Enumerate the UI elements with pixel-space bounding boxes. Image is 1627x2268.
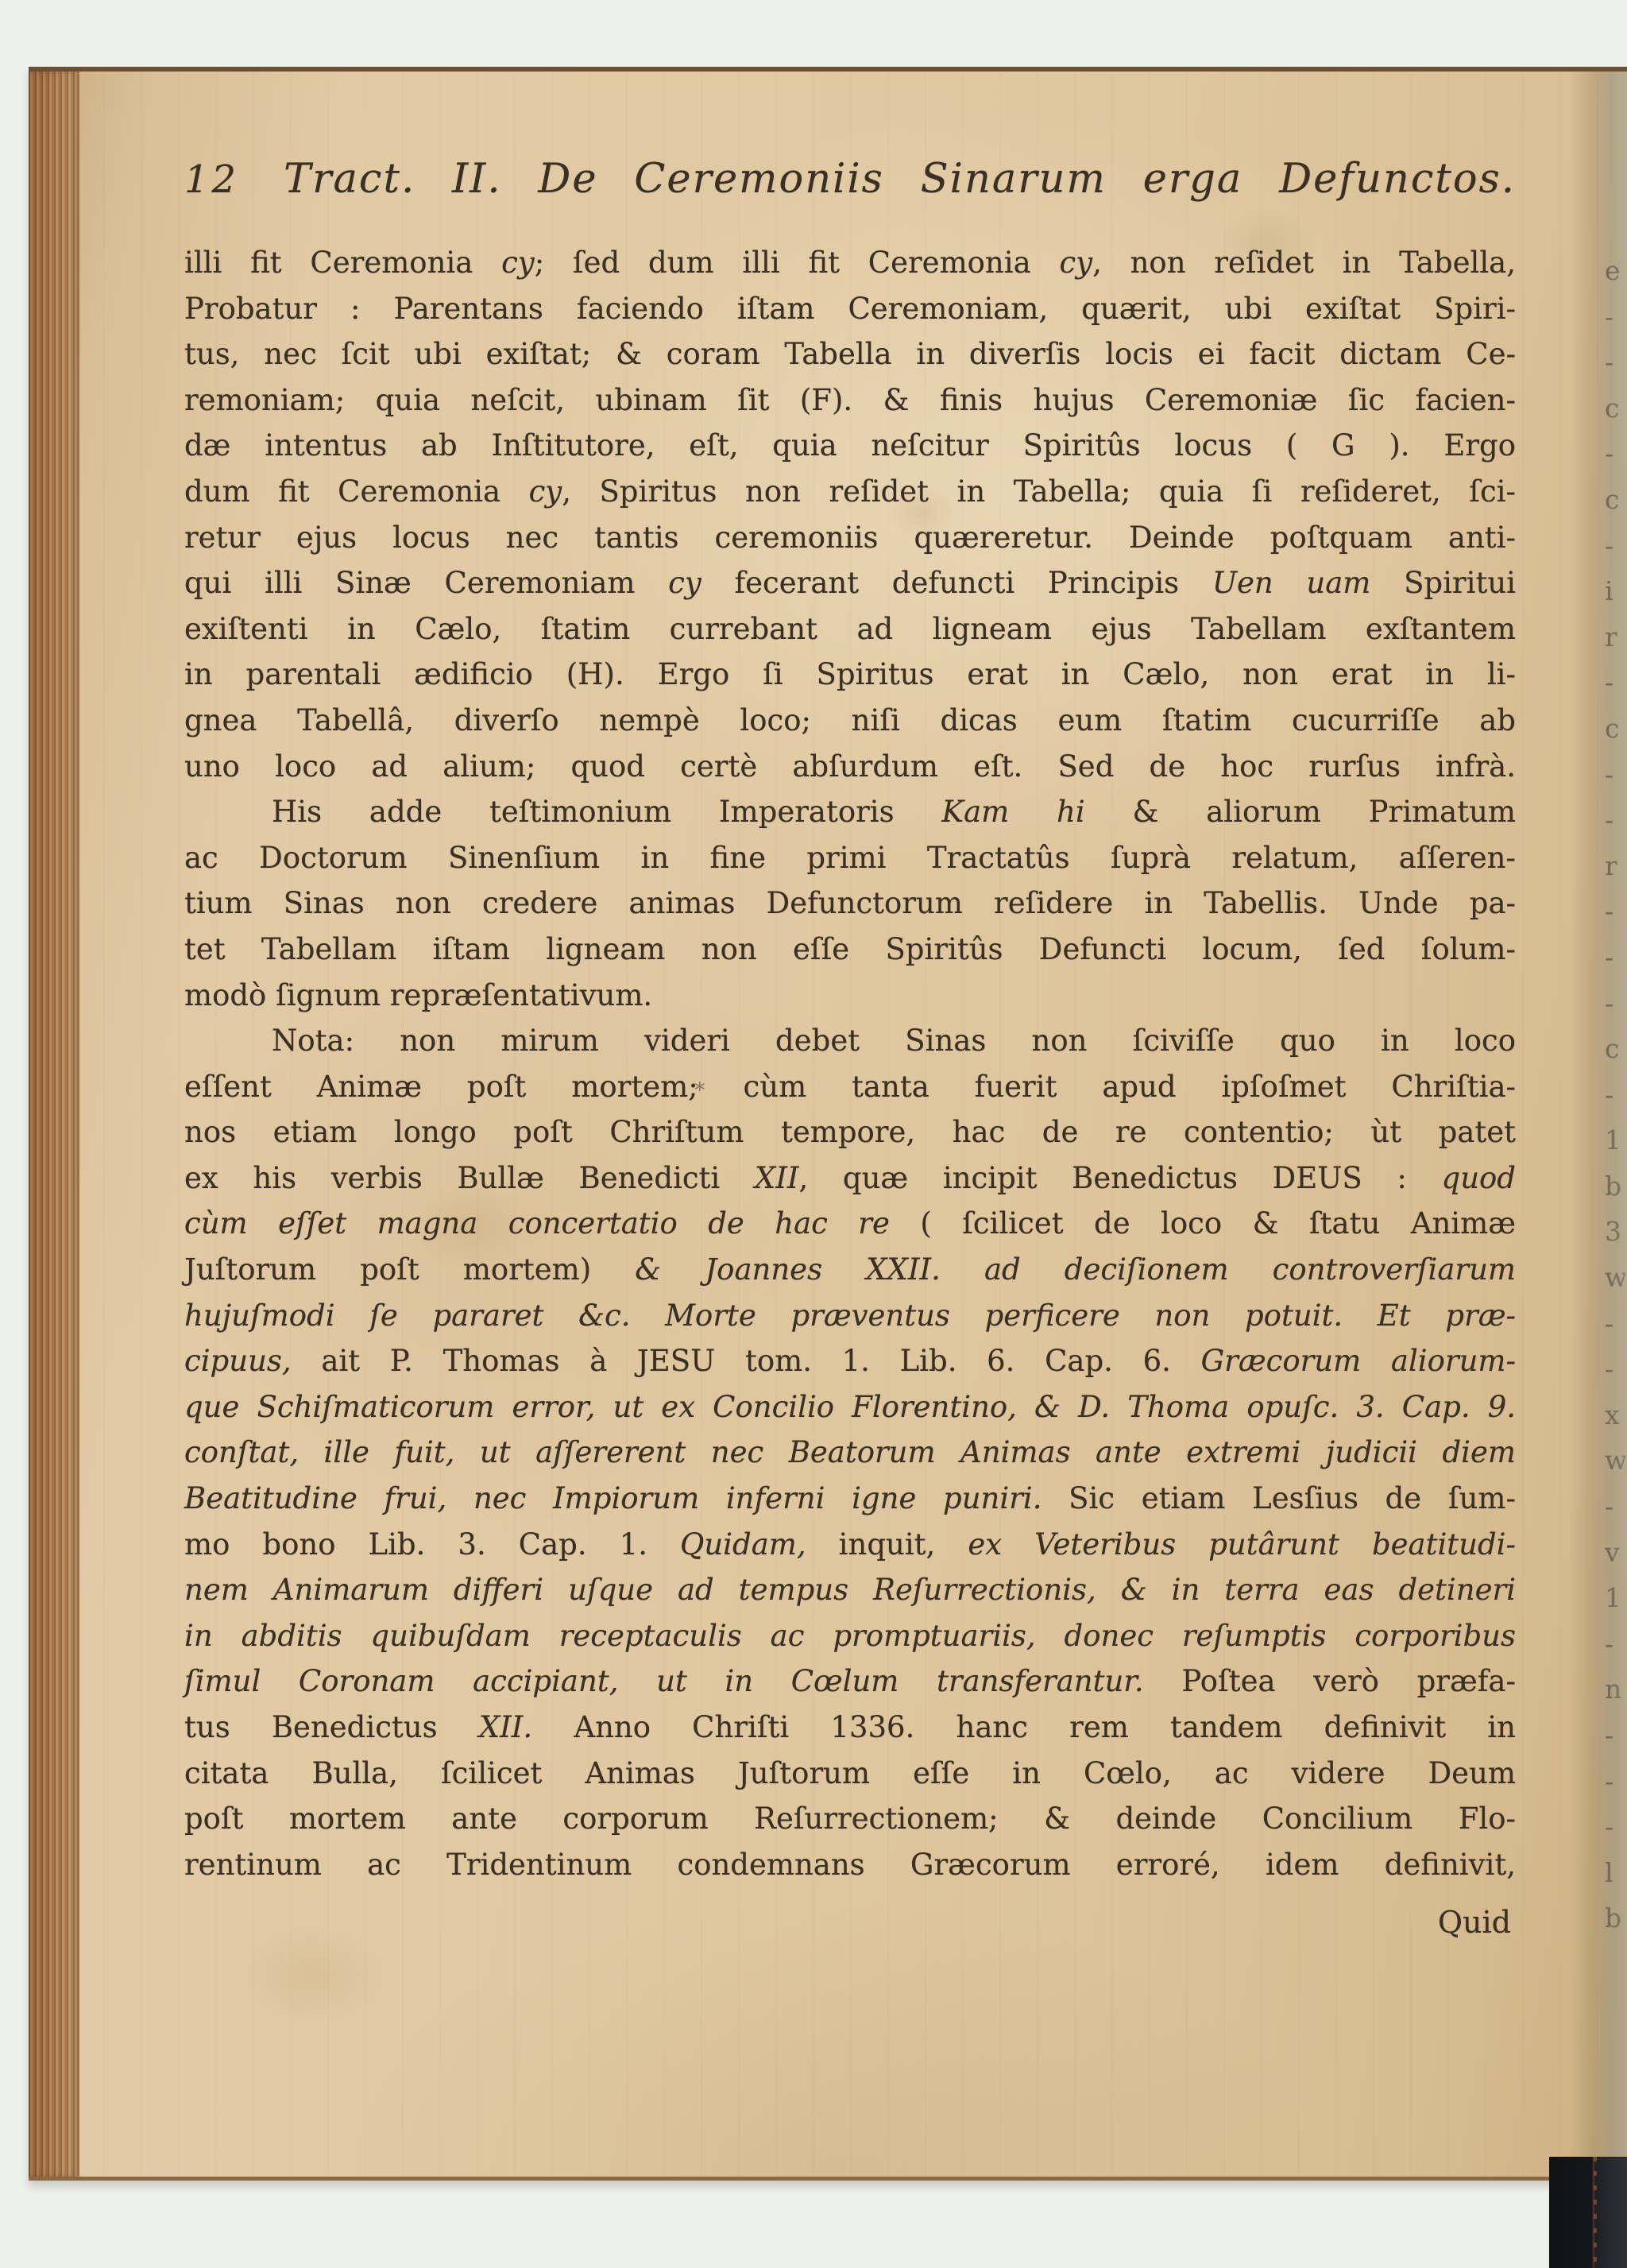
text-run: , non reſidet in Tabella, (1092, 246, 1516, 280)
text-run: Kam hi (941, 795, 1084, 829)
gutter-shadow (1570, 72, 1627, 2177)
text-run: Anno Chriſti 1336. hanc rem tandem defin… (532, 1710, 1516, 1744)
text-run: illi fit Ceremonia (184, 246, 501, 280)
text-run: citata Bulla, ſcilicet Animas Juſtorum e… (184, 1756, 1516, 1790)
text-run: Uen uam (1212, 566, 1371, 600)
text-block: 12 Tract. II. De Ceremoniis Sinarum erga… (184, 154, 1516, 1940)
text-line: mo bono Lib. 3. Cap. 1. Quidam, inquit, … (184, 1522, 1516, 1568)
text-run: gnea Tabellâ, diverſo nempè loco; niſi d… (184, 703, 1516, 737)
text-line: Juſtorum poſt mortem) & Joannes XXII. ad… (184, 1247, 1516, 1293)
text-run: cy (1059, 246, 1092, 280)
text-run: Græcorum aliorum- (1201, 1344, 1516, 1378)
text-line: retur ejus locus nec tantis ceremoniis q… (184, 515, 1516, 561)
text-run: exiſtenti in Cælo, ſtatim currebant ad l… (184, 612, 1516, 646)
body-lines: illi fit Ceremonia cy; ſed dum illi fit … (184, 240, 1516, 1887)
text-run: Quidam, (680, 1527, 806, 1562)
text-run: inquit, (806, 1527, 968, 1562)
text-line: poſt mortem ante corporum Reſurrectionem… (184, 1796, 1516, 1842)
text-line: ſimul Coronam accipiant, ut in Cœlum tra… (184, 1658, 1516, 1705)
text-run: tus Benedictus (184, 1710, 479, 1744)
text-line: exiſtenti in Cælo, ſtatim currebant ad l… (184, 606, 1516, 652)
text-run: ( ſcilicet de loco & ſtatu Animæ (890, 1206, 1516, 1240)
header-title: Tract. II. De Ceremoniis Sinarum erga De… (284, 154, 1516, 205)
page-number: 12 (184, 154, 239, 205)
insertion-mark: ∗ (693, 1074, 707, 1098)
text-line: in parentali ædificio (H). Ergo ſi Spiri… (184, 652, 1516, 698)
text-line: nem Animarum differi uſque ad tempus Reſ… (184, 1567, 1516, 1613)
text-run: Poſtea verò præfa- (1144, 1664, 1516, 1698)
text-line: modò ſignum repræſentativum. (184, 973, 1516, 1019)
text-run: ex Veteribus putârunt beatitudi- (968, 1527, 1516, 1562)
text-line: eſſent Animæ poſt mortem; cùm tanta fuer… (184, 1064, 1516, 1110)
text-run: nem Animarum differi uſque ad tempus Reſ… (184, 1573, 1516, 1607)
text-line: rentinum ac Tridentinum condemnans Græco… (184, 1842, 1516, 1888)
text-run: Beatitudine frui, nec Impiorum inferni i… (184, 1481, 1042, 1515)
text-run: ; ſed dum illi fit Ceremonia (535, 246, 1060, 280)
text-line: conſtat, ille fuit, ut aſſererent nec Be… (184, 1430, 1516, 1476)
text-run: remoniam; quia neſcit, ubinam ſit (F). &… (184, 383, 1516, 417)
text-run: XII (755, 1161, 799, 1195)
cover-edge-wear (1594, 2157, 1597, 2268)
text-run: & aliorum Primatum (1085, 795, 1516, 829)
book-page: 12 Tract. II. De Ceremoniis Sinarum erga… (29, 67, 1627, 2181)
text-run: XII. (479, 1710, 532, 1744)
text-run: dæ intentus ab Inſtitutore, eſt, quia ne… (184, 428, 1516, 463)
text-line: tus Benedictus XII. Anno Chriſti 1336. h… (184, 1705, 1516, 1751)
text-run: cy (529, 474, 562, 509)
text-line: Beatitudine frui, nec Impiorum inferni i… (184, 1476, 1516, 1522)
text-run: eſſent Animæ poſt mortem; cùm tanta fuer… (184, 1070, 1516, 1104)
text-run: Probatur : Parentans faciendo iſtam Cere… (184, 292, 1516, 326)
text-line: ac Doctorum Sinenſium in fine primi Trac… (184, 835, 1516, 881)
text-line: illi fit Ceremonia cy; ſed dum illi fit … (184, 240, 1516, 286)
text-line: dum fit Ceremonia cy, Spiritus non reſid… (184, 469, 1516, 515)
text-line: gnea Tabellâ, diverſo nempè loco; niſi d… (184, 698, 1516, 744)
text-run: uno loco ad alium; quod certè abſurdum e… (184, 749, 1516, 784)
text-run: rentinum ac Tridentinum condemnans Græco… (184, 1848, 1516, 1882)
text-run: fecerant defuncti Principis (701, 566, 1212, 600)
text-run: que Schiſmaticorum error, ut ex Concilio… (184, 1390, 1516, 1424)
text-line: tet Tabellam iſtam ligneam non eſſe Spir… (184, 927, 1516, 973)
text-run: , Spiritus non reſidet in Tabella; quia … (562, 474, 1516, 509)
text-line: hujuſmodi ſe pararet &c. Morte præventus… (184, 1293, 1516, 1339)
text-run: conſtat, ille fuit, ut aſſererent nec Be… (184, 1435, 1516, 1469)
catchword: Quid (184, 1905, 1516, 1940)
text-line: Probatur : Parentans faciendo iſtam Cere… (184, 286, 1516, 332)
text-run: poſt mortem ante corporum Reſurrectionem… (184, 1802, 1516, 1836)
text-run: , quæ incipit Benedictus DEUS : (799, 1161, 1442, 1195)
text-line: dæ intentus ab Inſtitutore, eſt, quia ne… (184, 423, 1516, 469)
text-run: tus, nec ſcit ubi exiſtat; & coram Tabel… (184, 337, 1516, 371)
text-run: His adde teſtimonium Imperatoris (272, 795, 941, 829)
text-run: in abditis quibuſdam receptaculis ac pro… (184, 1619, 1516, 1653)
text-run: Spiritui (1370, 566, 1516, 600)
text-line: cipuus, ait P. Thomas à JESU tom. 1. Lib… (184, 1338, 1516, 1384)
text-run: retur ejus locus nec tantis ceremoniis q… (184, 521, 1516, 555)
text-line: ex his verbis Bullæ Benedicti XII, quæ i… (184, 1155, 1516, 1202)
text-line: tium Sinas non credere animas Defunctoru… (184, 880, 1516, 927)
text-run: Sic etiam Lesſius de ſum- (1042, 1481, 1516, 1515)
text-line: remoniam; quia neſcit, ubinam ſit (F). &… (184, 377, 1516, 424)
text-line: tus, nec ſcit ubi exiſtat; & coram Tabel… (184, 331, 1516, 377)
text-line: in abditis quibuſdam receptaculis ac pro… (184, 1613, 1516, 1659)
text-run: nos etiam longo poſt Chriſtum tempore, h… (184, 1115, 1516, 1149)
text-line: cùm eſſet magna concertatio de hac re ( … (184, 1201, 1516, 1247)
text-run: ſimul Coronam accipiant, ut in Cœlum tra… (184, 1664, 1144, 1698)
text-run: tium Sinas non credere animas Defunctoru… (184, 886, 1516, 920)
running-header: 12 Tract. II. De Ceremoniis Sinarum erga… (184, 154, 1516, 205)
text-run: ex his verbis Bullæ Benedicti (184, 1161, 755, 1195)
text-run: qui illi Sinæ Ceremoniam (184, 566, 668, 600)
text-line: nos etiam longo poſt Chriſtum tempore, h… (184, 1109, 1516, 1155)
text-run: hujuſmodi ſe pararet &c. Morte præventus… (184, 1298, 1516, 1333)
text-run: dum fit Ceremonia (184, 474, 529, 509)
text-run: Juſtorum poſt mortem) (184, 1252, 635, 1287)
text-line: Nota: non mirum videri debet Sinas non ſ… (184, 1018, 1516, 1064)
text-run: cùm eſſet magna concertatio de hac re (184, 1206, 890, 1240)
text-run: cy (501, 246, 535, 280)
text-run: quod (1442, 1161, 1516, 1195)
text-run: ait P. Thomas à JESU tom. 1. Lib. 6. Cap… (292, 1344, 1201, 1378)
text-line: qui illi Sinæ Ceremoniam cy fecerant def… (184, 560, 1516, 606)
text-run: ac Doctorum Sinenſium in fine primi Trac… (184, 841, 1516, 875)
text-run: in parentali ædificio (H). Ergo ſi Spiri… (184, 657, 1516, 691)
page-edge-stack (29, 72, 79, 2177)
text-run: mo bono Lib. 3. Cap. 1. (184, 1527, 680, 1562)
text-line: uno loco ad alium; quod certè abſurdum e… (184, 744, 1516, 790)
text-run: Nota: non mirum videri debet Sinas non ſ… (272, 1024, 1516, 1058)
text-line: que Schiſmaticorum error, ut ex Concilio… (184, 1384, 1516, 1430)
text-run: cy (668, 566, 701, 600)
text-run: cipuus, (184, 1344, 292, 1378)
text-run: modò ſignum repræſentativum. (184, 978, 652, 1012)
text-run: tet Tabellam iſtam ligneam non eſſe Spir… (184, 932, 1516, 966)
text-run: & Joannes XXII. ad deciſionem controverſ… (635, 1252, 1516, 1287)
book-cover-corner (1549, 2157, 1627, 2268)
text-line: citata Bulla, ſcilicet Animas Juſtorum e… (184, 1751, 1516, 1797)
text-line: His adde teſtimonium Imperatoris Kam hi … (184, 789, 1516, 835)
